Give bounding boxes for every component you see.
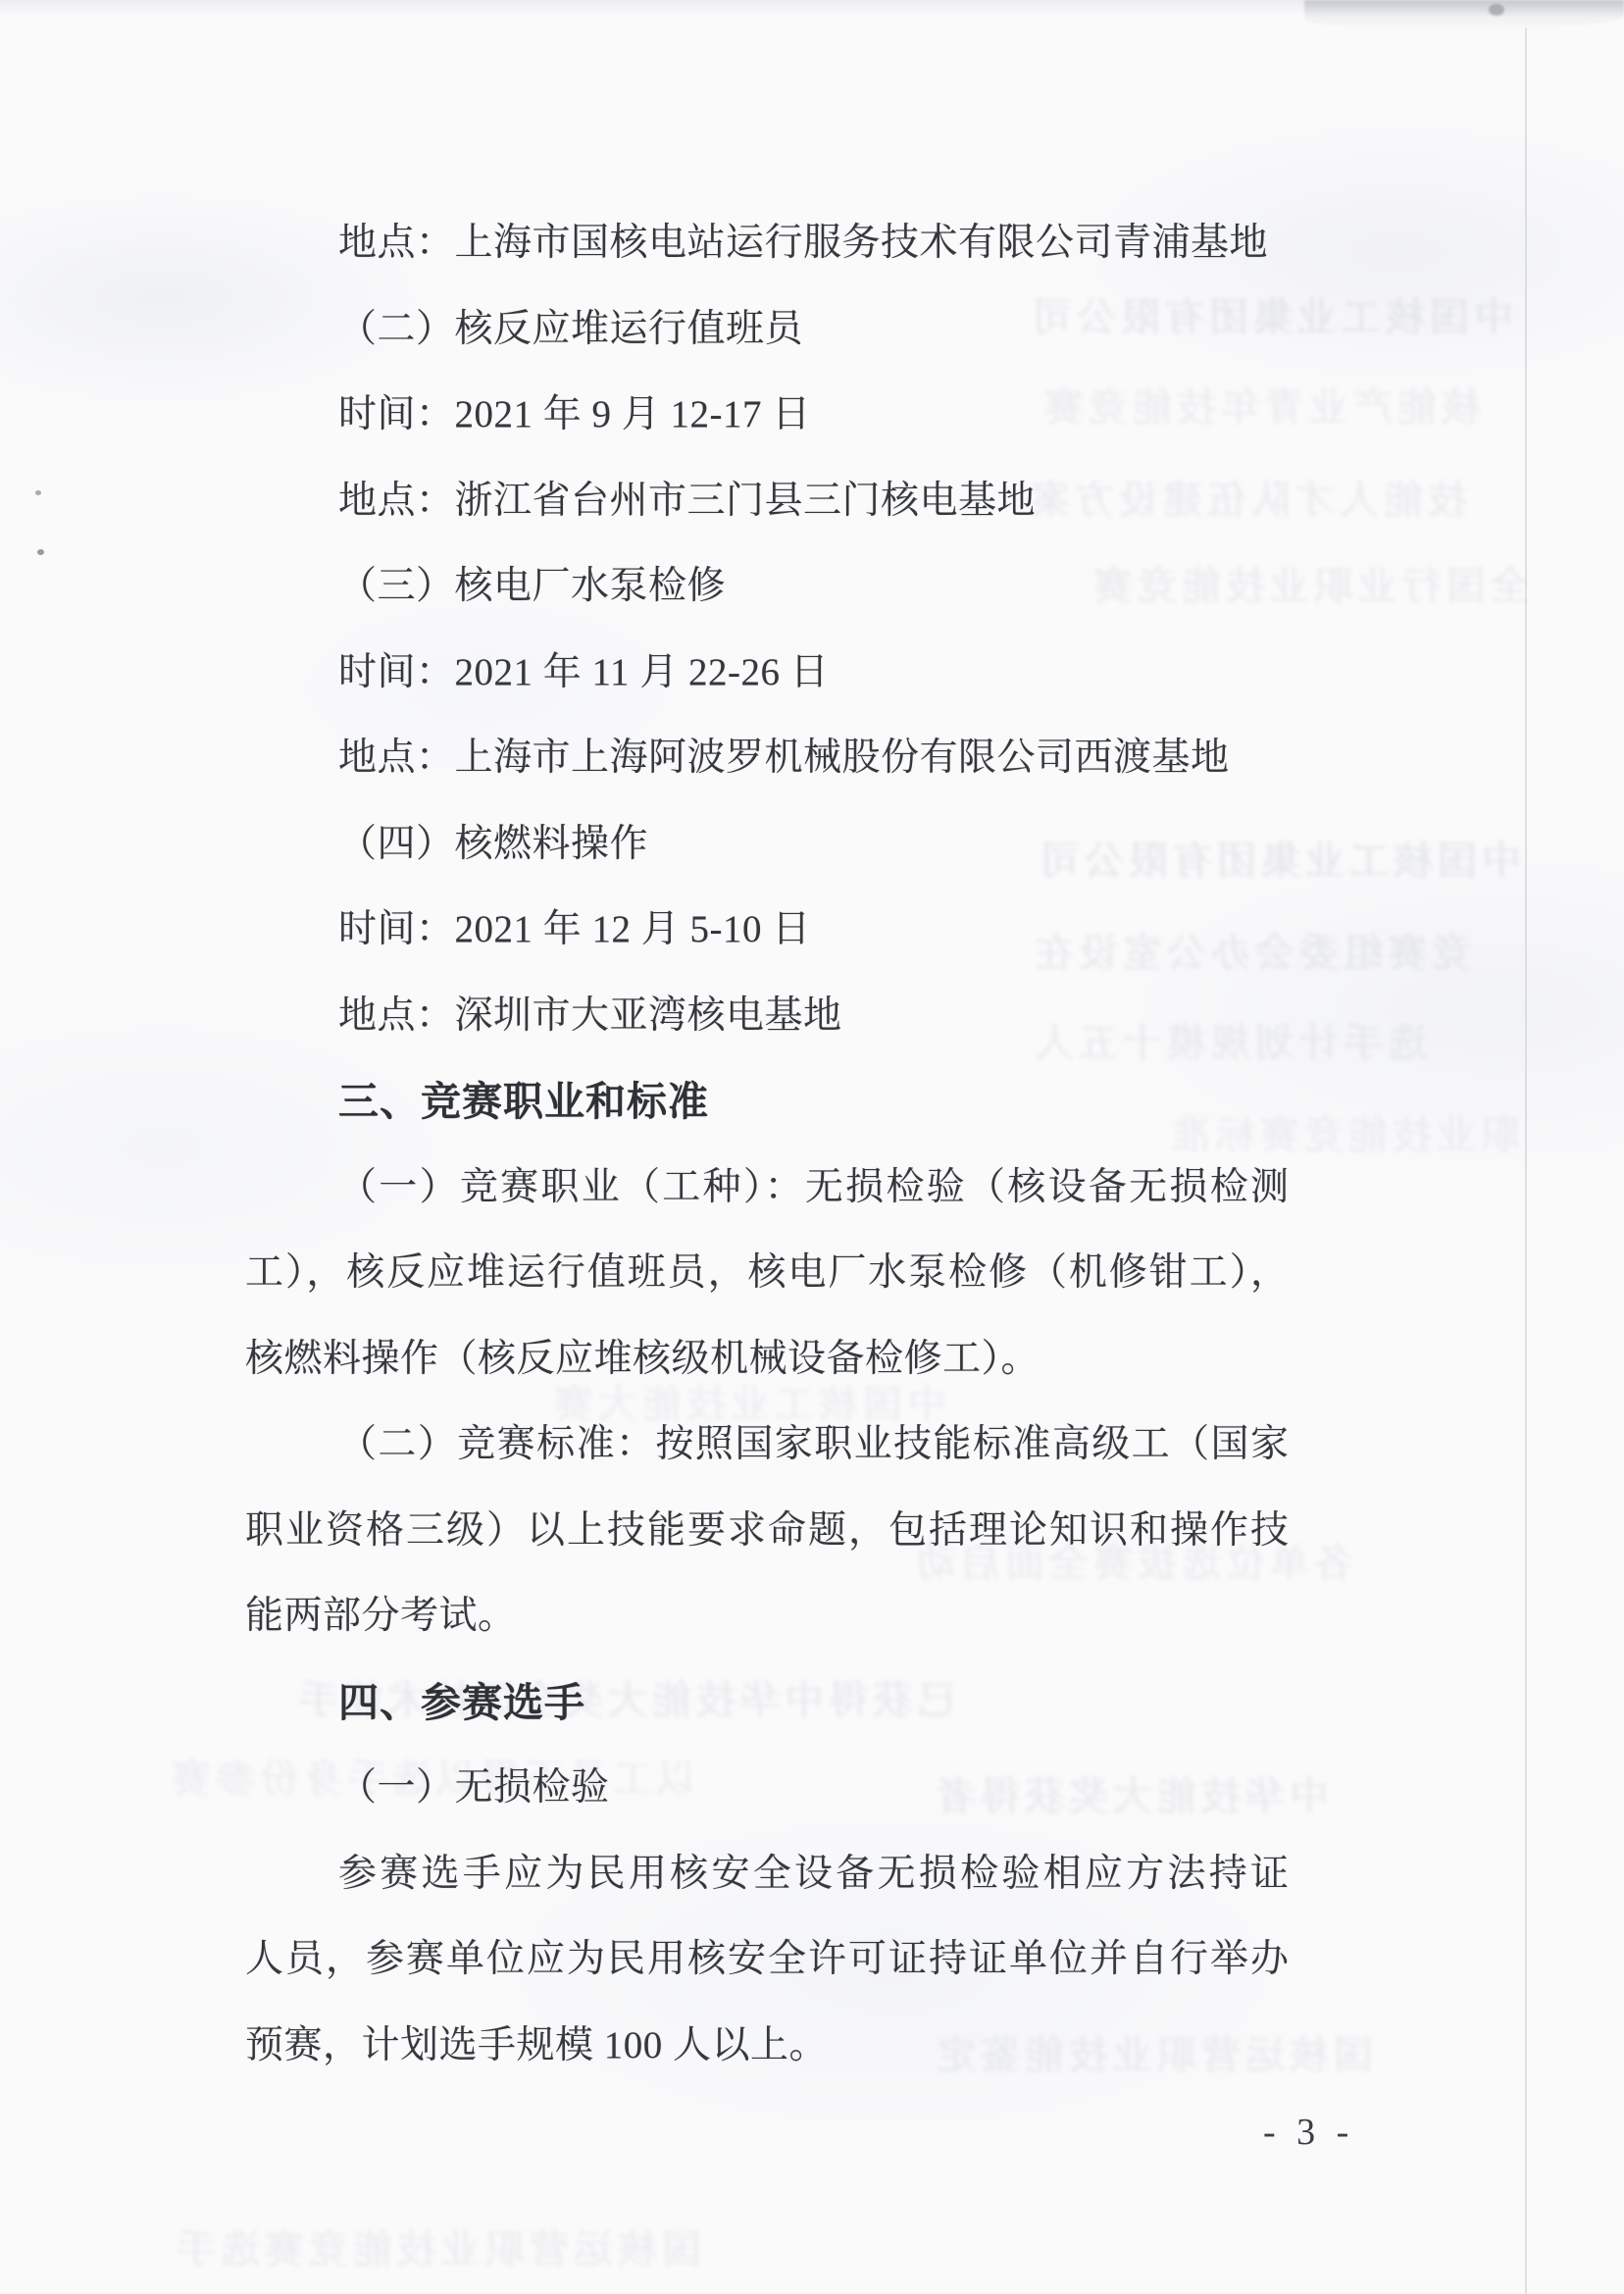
scan-vertical-crease bbox=[1525, 27, 1527, 2294]
scan-speck bbox=[35, 490, 41, 495]
scan-corner-smudge bbox=[1304, 0, 1624, 29]
doc-line-time: 时间：2021 年 9 月 12-17 日 bbox=[245, 389, 1289, 440]
doc-line-item: （一）无损检验 bbox=[245, 1762, 1289, 1813]
doc-line-body: 人员，参赛单位应为民用核安全许可证持证单位并自行举办 bbox=[245, 1934, 1289, 1985]
doc-line-location: 地点：深圳市大亚湾核电基地 bbox=[245, 991, 1289, 1042]
doc-line-item: （二）核反应堆运行值班员 bbox=[245, 304, 1289, 355]
doc-line-time: 时间：2021 年 11 月 22-26 日 bbox=[245, 647, 1289, 698]
doc-line-body: 能两部分考试。 bbox=[245, 1591, 1289, 1642]
bleed-through-text: 国核运营职业技能竞赛选手 bbox=[172, 2218, 701, 2274]
section-heading-3: 三、竞赛职业和标准 bbox=[245, 1076, 1289, 1127]
doc-line-time: 时间：2021 年 12 月 5-10 日 bbox=[245, 904, 1289, 955]
doc-line-body: 职业资格三级）以上技能要求命题，包括理论知识和操作技 bbox=[245, 1505, 1289, 1556]
doc-line-body: 预赛，计划选手规模 100 人以上。 bbox=[245, 2020, 1289, 2071]
doc-line-item: （三）核电厂水泵检修 bbox=[245, 561, 1289, 612]
scan-corner-dot bbox=[1489, 4, 1504, 16]
doc-line-body: 核燃料操作（核反应堆核级机械设备检修工）。 bbox=[245, 1334, 1289, 1385]
doc-line-body: （二）竞赛标准：按照国家职业技能标准高级工（国家 bbox=[245, 1419, 1289, 1470]
doc-line-item: （四）核燃料操作 bbox=[245, 819, 1289, 870]
doc-line-body: （一）竞赛职业（工种）：无损检验（核设备无损检测 bbox=[245, 1162, 1289, 1213]
doc-line-body: 工），核反应堆运行值班员，核电厂水泵检修（机修钳工）， bbox=[245, 1248, 1289, 1299]
doc-line-body: 参赛选手应为民用核安全设备无损检验相应方法持证 bbox=[245, 1849, 1289, 1900]
doc-line-location: 地点：上海市上海阿波罗机械股份有限公司西渡基地 bbox=[245, 733, 1289, 784]
scanned-document-page: 中国核工业集团有限公司 核能产业青年技能竞赛 技能人才队伍建设方案 全国行业职业… bbox=[0, 0, 1624, 2294]
doc-line-location: 地点：浙江省台州市三门县三门核电基地 bbox=[245, 476, 1289, 527]
page-number: - 3 - bbox=[1263, 2111, 1354, 2154]
scan-speck bbox=[37, 549, 44, 555]
doc-line-location: 地点：上海市国核电站运行服务技术有限公司青浦基地 bbox=[245, 218, 1289, 269]
section-heading-4: 四、参赛选手 bbox=[245, 1677, 1289, 1728]
